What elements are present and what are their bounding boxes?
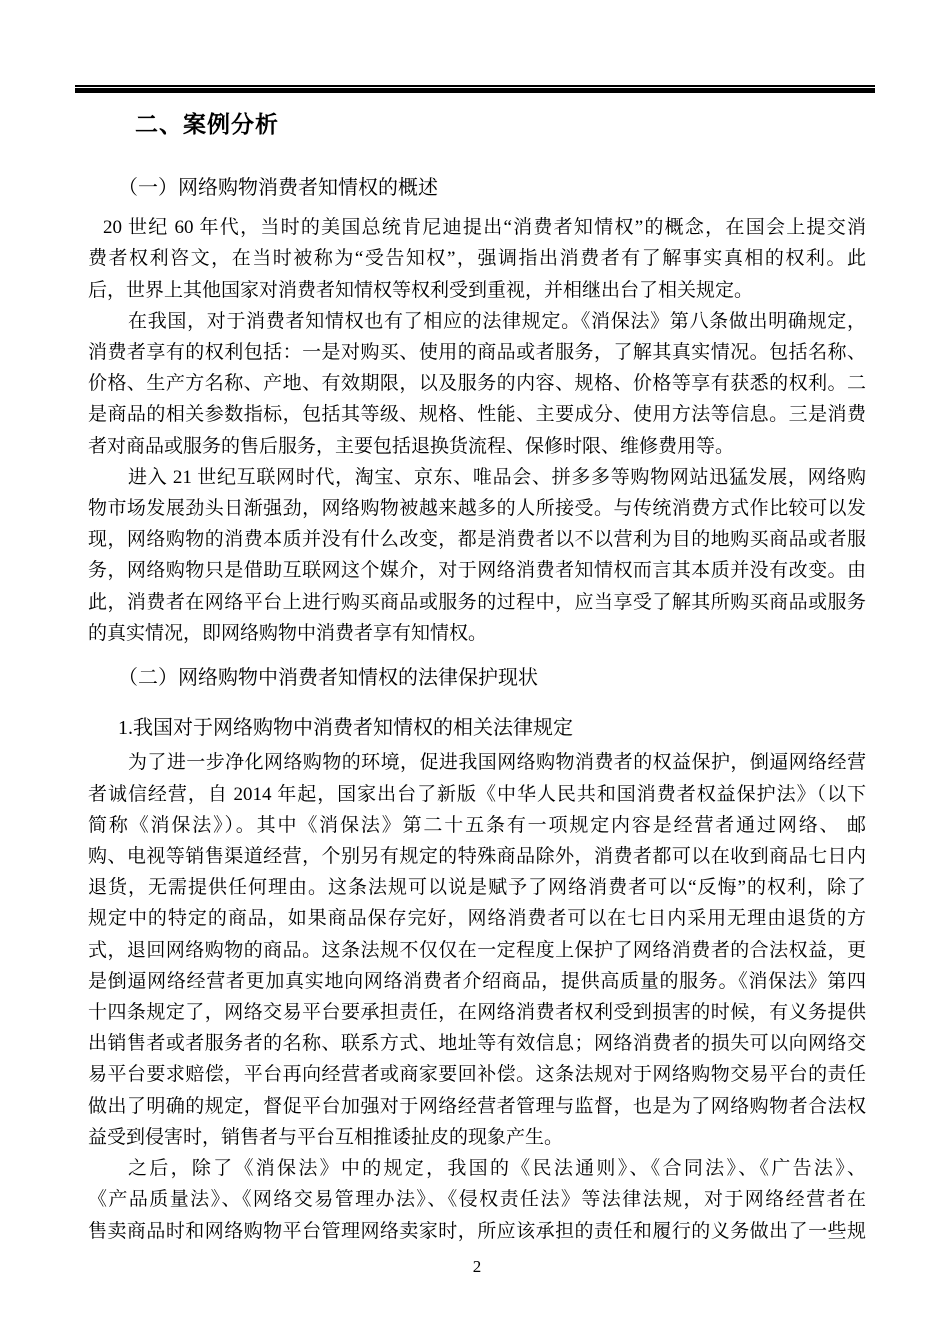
chapter-title: 二、案例分析 xyxy=(88,111,866,139)
text-line: 售卖商品时和网络购物平台管理网络卖家时，所应该承担的责任和履行的义务做出了一些规 xyxy=(88,1216,866,1247)
subsection-heading-regulations: 1.我国对于网络购物中消费者知情权的相关法律规定 xyxy=(88,713,866,744)
document-page: 二、案例分析 （一）网络购物消费者知情权的概述 20 世纪 60 年代，当时的美… xyxy=(0,0,950,1344)
section-heading-legal-status: （二）网络购物中消费者知情权的法律保护现状 xyxy=(88,663,866,694)
text-line: 消费者享有的权利包括：一是对购买、使用的商品或者服务，了解其真实情况。包括名称、 xyxy=(88,337,866,368)
text-line: 物市场发展劲头日渐强劲，网络购物被越来越多的人所接受。与传统消费方式作比较可以发 xyxy=(88,493,866,524)
paragraph-consumer-protection-law: 为了进一步净化网络购物的环境，促进我国网络购物消费者的权益保护，倒逼网络经营者诚… xyxy=(88,747,866,1153)
paragraph-domestic-law: 在我国，对于消费者知情权也有了相应的法律规定。《消保法》第八条做出明确规定，消费… xyxy=(88,306,866,462)
text-line: 之后，除了《消保法》中的规定，我国的《民法通则》、《合同法》、《广告法》、 xyxy=(88,1153,866,1184)
paragraph-history: 20 世纪 60 年代，当时的美国总统肯尼迪提出“消费者知情权”的概念，在国会上… xyxy=(88,212,866,306)
text-line: 简称《消保法》）。其中《消保法》第二十五条有一项规定内容是经营者通过网络、 邮 xyxy=(88,810,866,841)
page-content: 二、案例分析 （一）网络购物消费者知情权的概述 20 世纪 60 年代，当时的美… xyxy=(0,85,950,1277)
text-line: 十四条规定了，网络交易平台要承担责任，在网络消费者权利受到损害的时候，有义务提供 xyxy=(88,997,866,1028)
text-line: 购、电视等销售渠道经营，个别另有规定的特殊商品除外，消费者都可以在收到商品七日内 xyxy=(88,841,866,872)
paragraph-internet-era: 进入 21 世纪互联网时代，淘宝、京东、唯品会、拼多多等购物网站迅猛发展，网络购… xyxy=(88,462,866,649)
text-line: 进入 21 世纪互联网时代，淘宝、京东、唯品会、拼多多等购物网站迅猛发展，网络购 xyxy=(88,462,866,493)
text-line: 务，网络购物只是借助互联网这个媒介，对于网络消费者知情权而言其本质并没有改变。由 xyxy=(88,555,866,586)
header-rule xyxy=(75,85,875,93)
text-line: 退货，无需提供任何理由。这条法规可以说是赋予了网络消费者可以“反悔”的权利，除了 xyxy=(88,872,866,903)
text-line: 费者权利咨文，在当时被称为“受告知权”，强调指出消费者有了解事实真相的权利。此 xyxy=(88,243,866,274)
text-line: 现，网络购物的消费本质并没有什么改变，都是消费者以不以营利为目的地购买商品或者服 xyxy=(88,524,866,555)
text-line: 做出了明确的规定，督促平台加强对于网络经营者管理与监督，也是为了网络购物者合法权 xyxy=(88,1091,866,1122)
text-line: 益受到侵害时，销售者与平台互相推诿扯皮的现象产生。 xyxy=(88,1122,866,1153)
text-line: 易平台要求赔偿，平台再向经营者或商家要回补偿。这条法规对于网络购物交易平台的责任 xyxy=(88,1059,866,1090)
text-line: 价格、生产方名称、产地、有效期限，以及服务的内容、规格、价格等享有获悉的权利。二 xyxy=(88,368,866,399)
text-line: 为了进一步净化网络购物的环境，促进我国网络购物消费者的权益保护，倒逼网络经营 xyxy=(88,747,866,778)
text-line: 的真实情况，即网络购物中消费者享有知情权。 xyxy=(88,618,866,649)
page-number: 2 xyxy=(88,1257,866,1277)
text-line: 式，退回网络购物的商品。这条法规不仅仅在一定程度上保护了网络消费者的合法权益，更 xyxy=(88,935,866,966)
text-line: 者诚信经营，自 2014 年起，国家出台了新版《中华人民共和国消费者权益保护法》… xyxy=(88,779,866,810)
text-line: 是倒逼网络经营者更加真实地向网络消费者介绍商品，提供高质量的服务。《消保法》第四 xyxy=(88,966,866,997)
text-line: 出销售者或者服务者的名称、联系方式、地址等有效信息；网络消费者的损失可以向网络交 xyxy=(88,1028,866,1059)
text-line: 20 世纪 60 年代，当时的美国总统肯尼迪提出“消费者知情权”的概念，在国会上… xyxy=(88,212,866,243)
text-line: 此，消费者在网络平台上进行购买商品或服务的过程中，应当享受了解其所购买商品或服务 xyxy=(88,587,866,618)
text-line: 《产品质量法》、《网络交易管理办法》、《侵权责任法》等法律法规，对于网络经营者在 xyxy=(88,1184,866,1215)
text-line: 后，世界上其他国家对消费者知情权等权利受到重视，并相继出台了相关规定。 xyxy=(88,275,866,306)
text-line: 在我国，对于消费者知情权也有了相应的法律规定。《消保法》第八条做出明确规定， xyxy=(88,306,866,337)
text-line: 规定中的特定的商品，如果商品保存完好，网络消费者可以在七日内采用无理由退货的方 xyxy=(88,903,866,934)
text-line: 者对商品或服务的售后服务，主要包括退换货流程、保修时限、维修费用等。 xyxy=(88,431,866,462)
section-heading-overview: （一）网络购物消费者知情权的概述 xyxy=(88,173,866,204)
text-line: 是商品的相关参数指标，包括其等级、规格、性能、主要成分、使用方法等信息。三是消费 xyxy=(88,399,866,430)
paragraph-other-laws: 之后，除了《消保法》中的规定，我国的《民法通则》、《合同法》、《广告法》、《产品… xyxy=(88,1153,866,1247)
